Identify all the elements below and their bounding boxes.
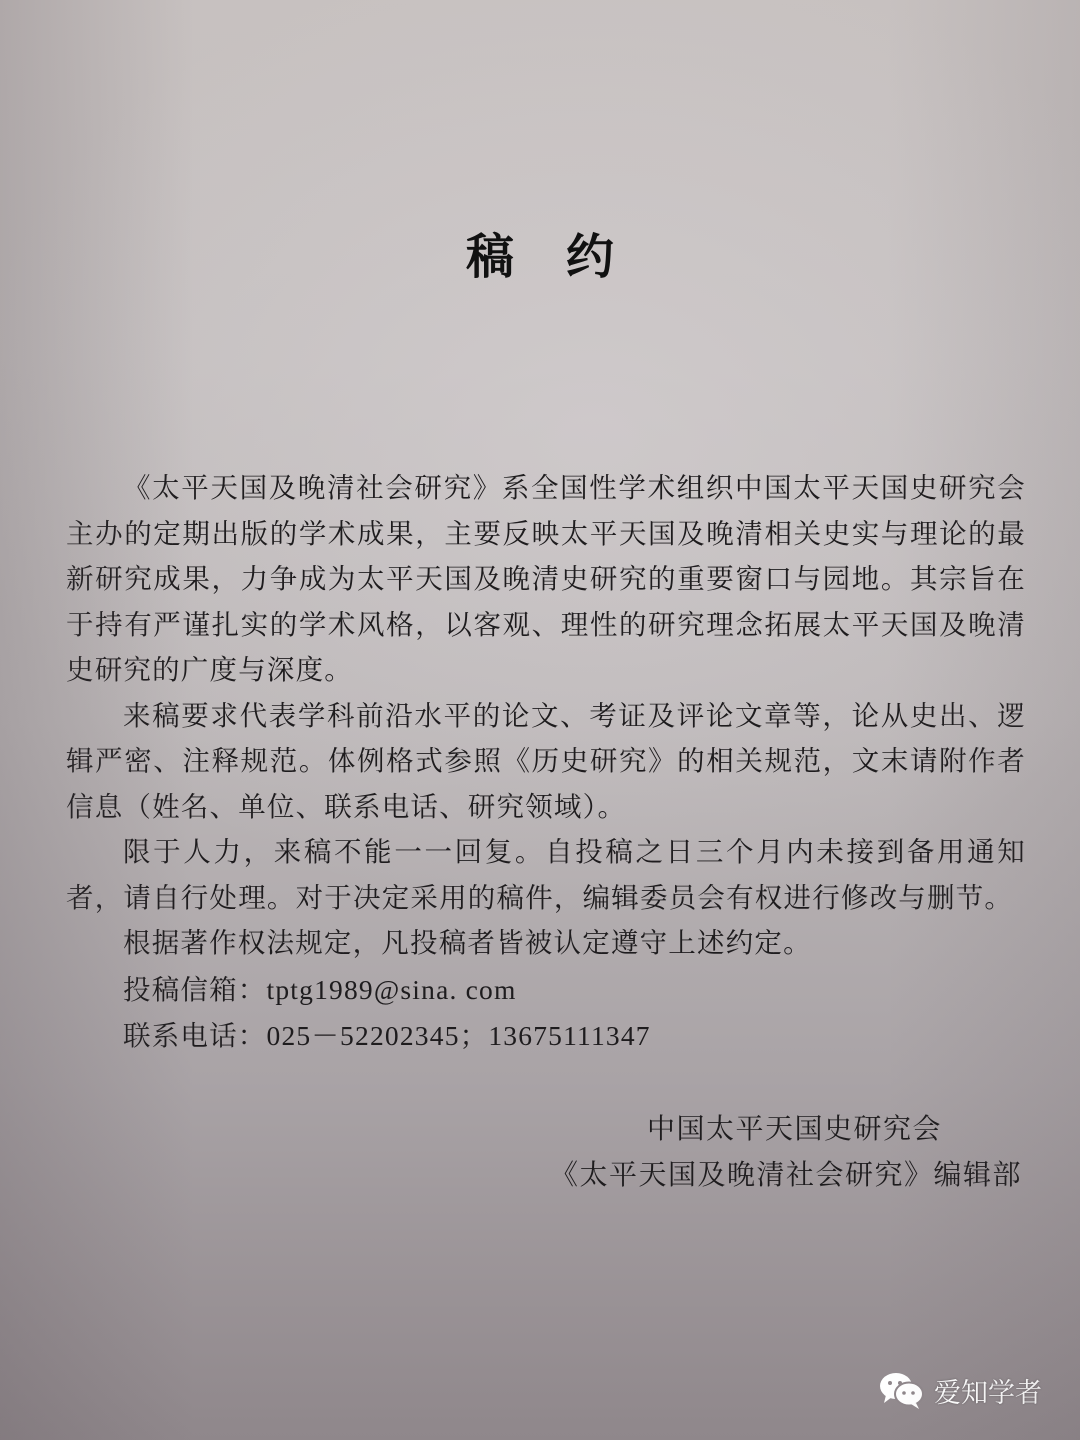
contact-phone-value: 025－52202345；13675111347 <box>267 1020 651 1051</box>
contact-email-label: 投稿信箱： <box>123 974 267 1006</box>
document-title: 稿约 <box>0 218 1080 287</box>
wechat-icon <box>878 1370 926 1410</box>
contact-email-line: 投稿信箱：tptg1989@sina. com <box>66 967 1026 1014</box>
wechat-watermark: 爱知学者 <box>878 1370 1042 1410</box>
paragraph-intro: 《太平天国及晚清社会研究》系全国性学术组织中国太平天国史研究会主办的定期出版的学… <box>66 466 1026 694</box>
document-body: 《太平天国及晚清社会研究》系全国性学术组织中国太平天国史研究会主办的定期出版的学… <box>66 466 1026 1060</box>
contact-phone-label: 联系电话： <box>123 1020 267 1052</box>
paragraph-reply-policy: 限于人力，来稿不能一一回复。自投稿之日三个月内未接到备用通知者，请自行处理。对于… <box>66 830 1026 921</box>
contact-email-value: tptg1989@sina. com <box>267 974 517 1005</box>
signature-department: 《太平天国及晚清社会研究》编辑部 <box>550 1152 1022 1198</box>
paragraph-copyright: 根据著作权法规定，凡投稿者皆被认定遵守上述约定。 <box>66 921 1026 967</box>
signature-organization: 中国太平天国史研究会 <box>550 1106 1022 1152</box>
paragraph-requirements: 来稿要求代表学科前沿水平的论文、考证及评论文章等，论从史出、逻辑严密、注释规范。… <box>66 694 1026 831</box>
contact-phone-line: 联系电话：025－52202345；13675111347 <box>66 1013 1026 1060</box>
signature-block: 中国太平天国史研究会 《太平天国及晚清社会研究》编辑部 <box>550 1106 1022 1198</box>
watermark-text: 爱知学者 <box>934 1371 1042 1410</box>
document-photo: 稿约 《太平天国及晚清社会研究》系全国性学术组织中国太平天国史研究会主办的定期出… <box>0 0 1080 1440</box>
